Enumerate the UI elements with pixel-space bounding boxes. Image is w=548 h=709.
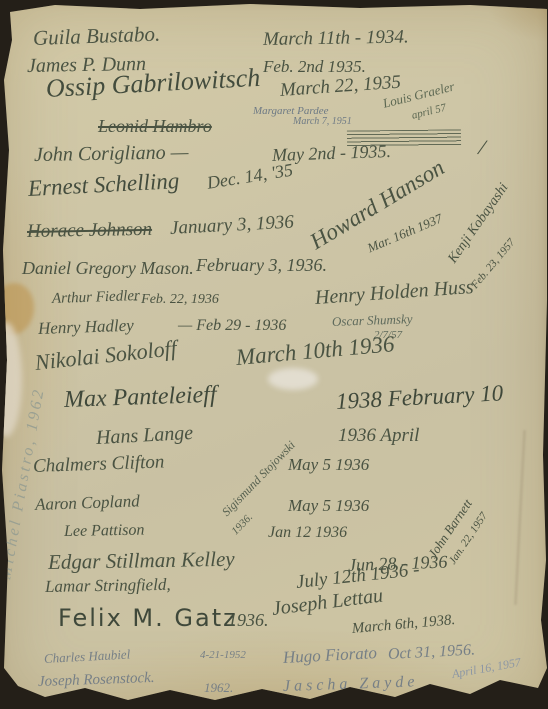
signature-guila-bustabo: Guila Bustabo. [33,24,161,49]
date-hugo-fiorato: Oct 31, 1956. [388,642,476,663]
signature-ernest-schelling: Ernest Schelling [27,169,179,200]
autograph-page: / Guila Bustabo. March 11th - 1934. Jame… [0,0,548,709]
signature-joseph-lettau: Joseph Lettau [271,585,384,618]
signature-arthur-fiedler: Arthur Fiedler [52,289,140,307]
signature-aaron-copland: Aaron Copland [35,492,140,513]
signature-henry-holden-huss: Henry Holden Huss [314,277,474,308]
signature-nikolai-sokoloff: Nikolai Sokoloff [34,337,178,374]
signature-joseph-rosenstock: Joseph Rosenstock. [38,671,155,690]
date-max-panteleieff: 1938 February 10 [335,381,503,413]
date-chalmers-clifton: May 5 1936 [288,456,369,473]
signature-max-panteleieff: Max Panteleieff [64,383,217,412]
date-charles-haubiel: 4-21-1952 [200,650,246,661]
date-aaron-copland: May 5 1936 [288,497,369,514]
signature-leonid-hambro: Leonid Hambro [98,117,212,135]
date-horace-johnson: January 3, 1936 [170,213,295,238]
signature-edgar-stillman-kelley: Edgar Stillman Kelley [48,549,235,573]
date-joseph-lettau: March 6th, 1938. [351,613,456,637]
white-smudge [268,368,318,390]
tape-stain [0,280,37,337]
date-guila-bustabo: March 11th - 1934. [263,27,409,49]
date-lee-pattison: Jan 12 1936 [268,525,347,541]
signature-john-corigliano: John Corigliano — [34,142,189,165]
signature-hugo-fiorato: Hugo Fiorato [283,644,378,666]
signature-hans-lange: Hans Lange [95,423,193,448]
signature-daniel-gregory-mason: Daniel Gregory Mason. [22,259,194,277]
date-ernest-schelling: Dec. 14, '35 [206,161,295,192]
date-louis-graeler: april 57 [411,103,448,122]
date-hans-lange: 1936 April [338,426,419,445]
paper-scuff [0,322,22,437]
crease-line [514,430,525,605]
date-nikolai-sokoloff: March 10th 1936 [235,332,395,369]
date-henry-hadley: — Feb 29 - 1936 [178,318,286,334]
stray-slash-mark: / [477,136,486,159]
date-jascha-zayde: April 16, 1957 [451,656,522,680]
signature-sigismund-stojowski: Sigismund Stojowski [220,439,297,519]
date-kenji-kobayashi: Feb. 23, 1957 [470,237,518,291]
signature-lamar-stringfield: Lamar Stringfield, [45,576,171,595]
signature-felix-m-gatz: Felix M. Gatz [58,606,238,630]
paper-sheet: / Guila Bustabo. March 11th - 1934. Jame… [0,0,548,709]
signature-chalmers-clifton: Chalmers Clifton [33,452,165,476]
date-sigismund-stojowski: 1936. [230,512,255,537]
signature-horace-johnson: Horace Johnson [27,220,152,241]
date-daniel-gregory-mason: February 3, 1936. [196,256,327,274]
date-james-p-dunn: Feb. 2nd 1935. [263,58,366,75]
date-margaret-pardee: March 7, 1951 [293,117,352,127]
signature-oscar-shumsky: Oscar Shumsky [332,312,413,328]
date-arthur-fiedler: - Feb. 22, 1936 [133,293,219,307]
signature-charles-haubiel: Charles Haubiel [44,647,131,664]
signature-lee-pattison: Lee Pattison [64,523,145,540]
signature-jascha-zayde: Jascha Zayde [283,674,419,695]
date-felix-m-gatz: 1936. [228,611,269,629]
signature-henry-hadley: Henry Hadley [38,317,134,337]
date-joseph-rosenstock: 1962. [204,681,233,694]
